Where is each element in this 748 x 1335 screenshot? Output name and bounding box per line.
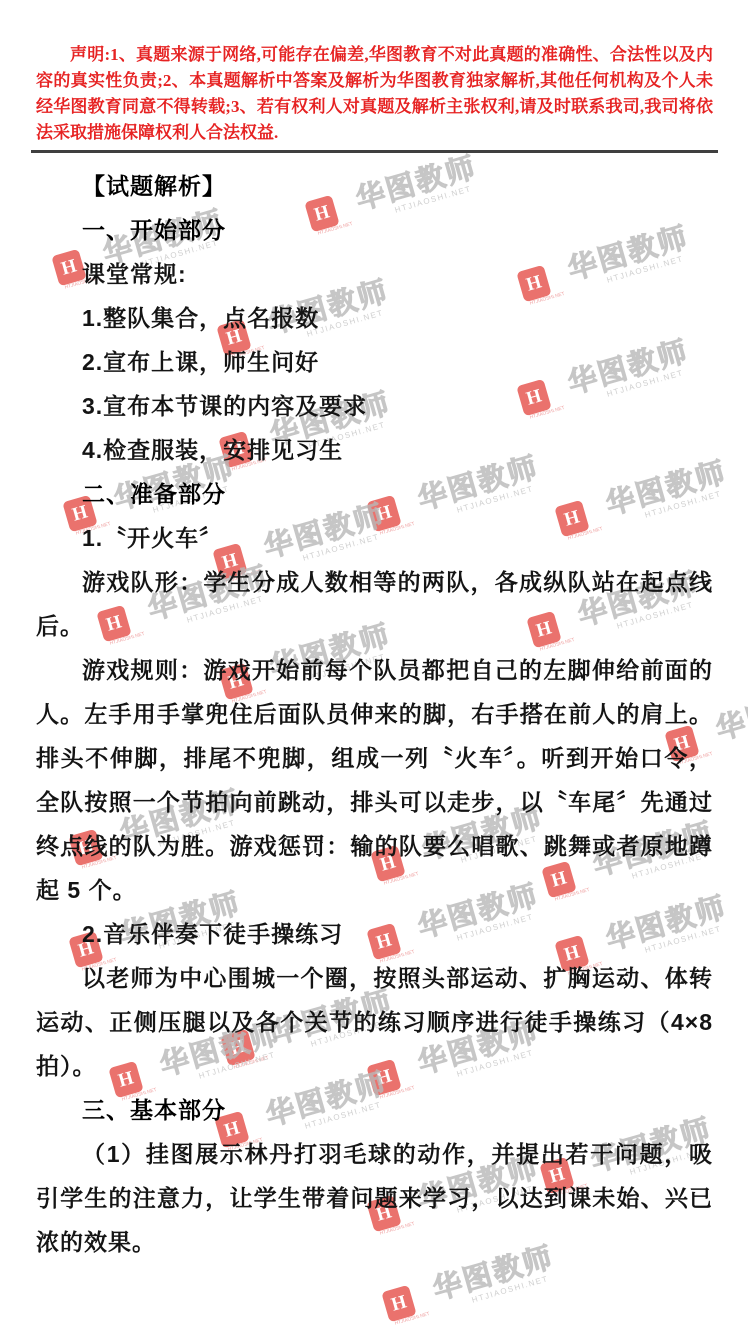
paragraph-game-formation: 游戏队形：学生分成人数相等的两队，各成纵队站在起点线后。 — [36, 560, 713, 648]
paragraph-item-2: 2.宣布上课，师生问好 — [36, 340, 713, 384]
section-1-heading: 一、开始部分 — [36, 208, 713, 252]
analysis-content: 【试题解析】 一、开始部分 课堂常规: 1.整队集合，点名报数 2.宣布上课，师… — [36, 164, 713, 1264]
paragraph-basic-part: （1）挂图展示林丹打羽毛球的动作，并提出若干问题，吸引学生的注意力，让学生带着问… — [36, 1132, 713, 1264]
huatu-logo: H HTJIAOSHI.NET — [381, 1280, 434, 1328]
huatu-logo-icon: H — [381, 1285, 416, 1323]
watermark-site-text: HTJIAOSHI.NET — [471, 1271, 560, 1304]
huatu-logo-caption: HTJIAOSHI.NET — [394, 1312, 430, 1327]
paragraph-game-rules: 游戏规则：游戏开始前每个队员都把自己的左脚伸给前面的人。左手用手掌兜住后面队员伸… — [36, 648, 713, 912]
paragraph-item-4: 4.检查服装，安排见习生 — [36, 428, 713, 472]
paragraph-exercise-detail: 以老师为中心围城一个圈，按照头部运动、扩胸运动、体转运动、正侧压腿以及各个关节的… — [36, 956, 713, 1088]
paragraph-game-title: 1.〝开火车〞 — [36, 516, 713, 560]
section-3-heading: 三、基本部分 — [36, 1088, 713, 1132]
disclaimer-label: 声明: — [70, 45, 110, 64]
paragraph-item-3: 3.宣布本节课的内容及要求 — [36, 384, 713, 428]
paragraph-item-1: 1.整队集合，点名报数 — [36, 296, 713, 340]
paragraph-class-routine: 课堂常规: — [36, 252, 713, 296]
disclaimer: 声明:1、真题来源于网络,可能存在偏差,华图教育不对此真题的准确性、合法性以及内… — [36, 42, 713, 146]
section-2-heading: 二、准备部分 — [36, 472, 713, 516]
document-page: H HTJIAOSHI.NET 华图教师 HTJIAOSHI.NET H HTJ… — [0, 0, 748, 1335]
header-divider-line — [31, 150, 718, 153]
disclaimer-text: 1、真题来源于网络,可能存在偏差,华图教育不对此真题的准确性、合法性以及内容的真… — [36, 45, 713, 142]
paragraph-exercise-title: 2.音乐伴奏下徒手操练习 — [36, 912, 713, 956]
document-body: 声明:1、真题来源于网络,可能存在偏差,华图教育不对此真题的准确性、合法性以及内… — [0, 0, 748, 1264]
analysis-title: 【试题解析】 — [36, 164, 713, 208]
